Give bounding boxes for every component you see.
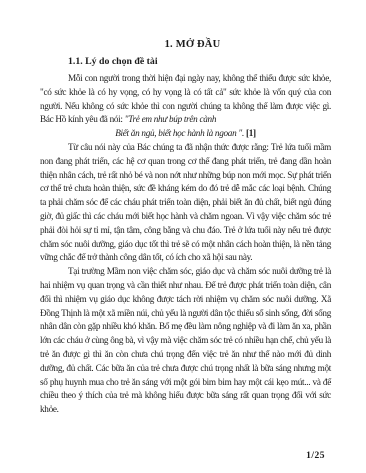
quote-second-line: Biết ăn ngủ, biết học hành là ngoan ". [… (40, 127, 331, 141)
page-number: 1/25 (306, 451, 325, 461)
paragraph-body-2: Tại trường Mầm non việc chăm sóc, giáo d… (40, 265, 331, 417)
page-title: 1. MỞ ĐẦU (54, 38, 331, 52)
document-page: 1. MỞ ĐẦU 1.1. Lý do chọn đề tài Mỗi con… (40, 38, 331, 417)
quote-second-line-text: Biết ăn ngủ, biết học hành là ngoan ". (115, 128, 244, 138)
quote-first-line: "Trẻ em như búp trên cành (125, 114, 216, 124)
section-heading: 1.1. Lý do chọn đề tài (68, 55, 331, 69)
paragraph-body-1: Từ câu nói này của Bác chúng ta đã nhận … (40, 141, 331, 265)
paragraph-intro: Mỗi con người trong thời hiện đại ngày n… (40, 72, 331, 127)
citation-marker: [1] (244, 128, 256, 138)
